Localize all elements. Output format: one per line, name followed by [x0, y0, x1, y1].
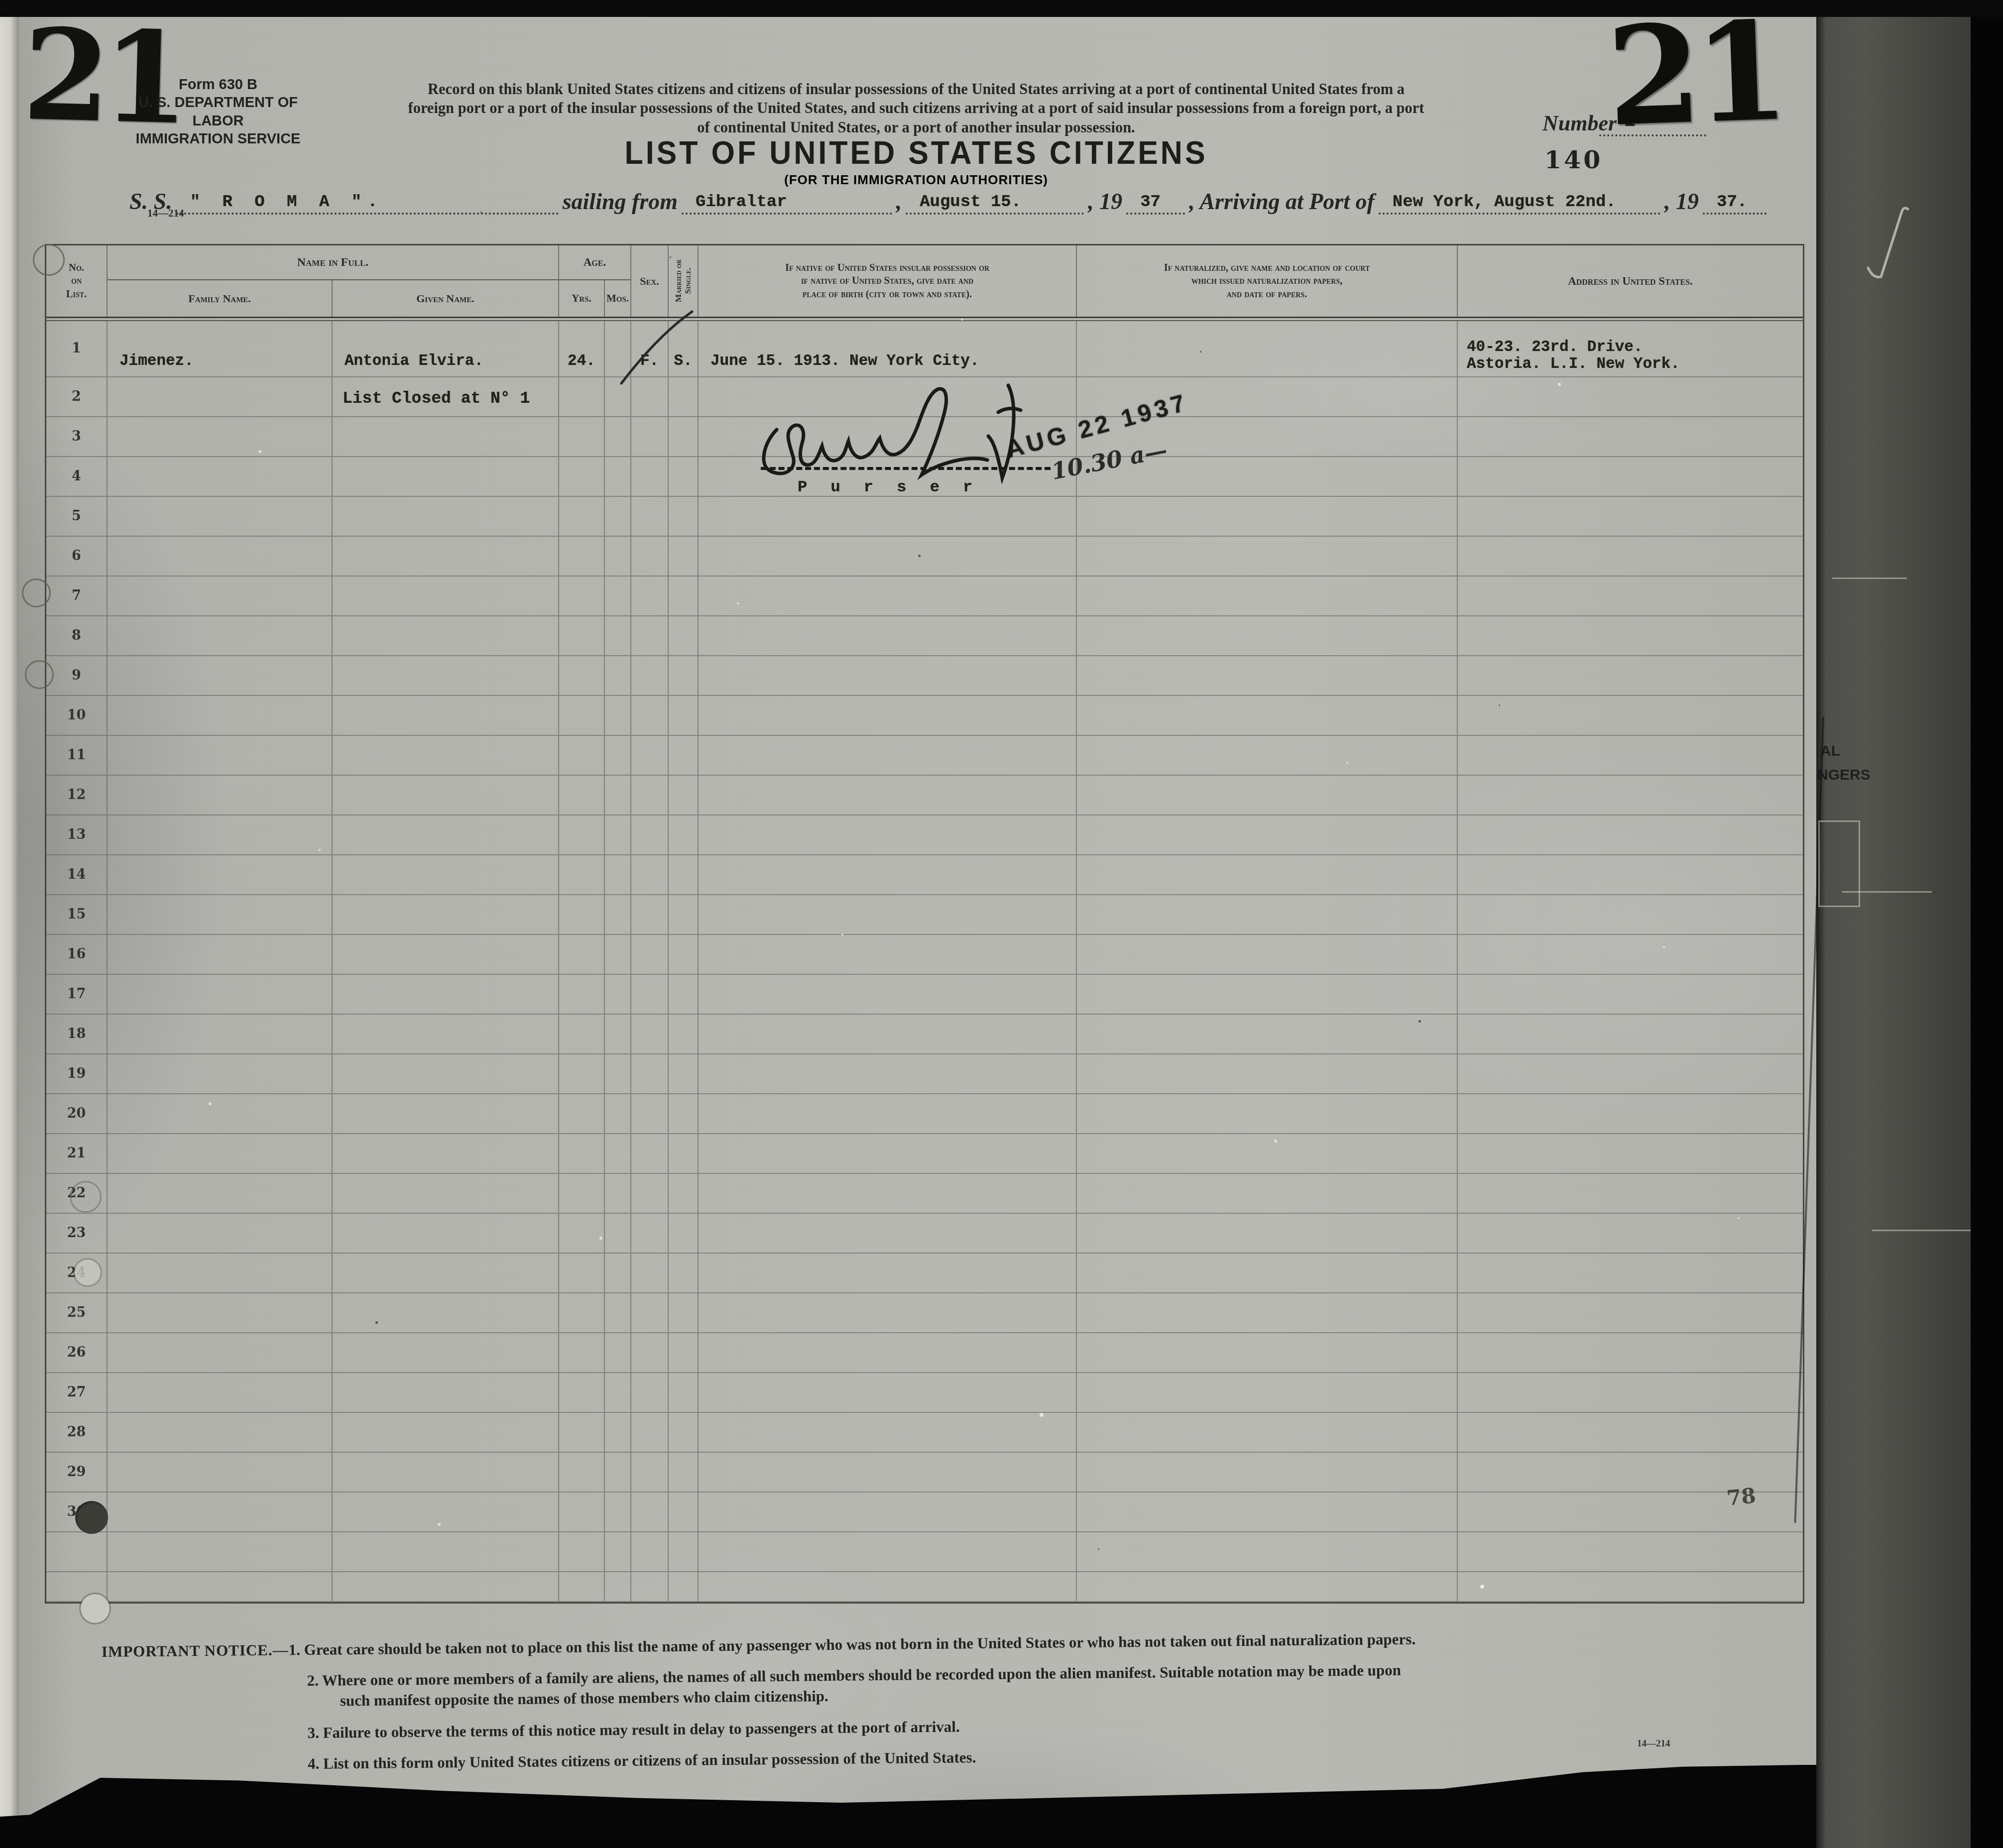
- sailing-year-field: 37: [1126, 193, 1185, 215]
- cell-no: 11: [46, 736, 108, 776]
- cell-sex: [631, 1572, 669, 1602]
- arrival-port-field: New York, August 22nd.: [1379, 193, 1660, 215]
- cell-family: [108, 417, 333, 457]
- cell-yrs: [559, 1532, 605, 1572]
- cell-nat: [1077, 1572, 1458, 1602]
- department-block: Form 630 B U. S. DEPARTMENT OF LABOR IMM…: [128, 76, 308, 148]
- cell-no: 13: [46, 815, 108, 855]
- cell-addr: [1458, 1094, 1803, 1134]
- cell-nat: [1077, 776, 1458, 815]
- cell-given: [333, 1134, 559, 1174]
- cell-mos: [605, 1254, 631, 1293]
- cell-yrs: [559, 1293, 605, 1333]
- sheet-number: 140: [1544, 145, 1603, 174]
- cell-given: [333, 1413, 559, 1453]
- cell-mos: [605, 616, 631, 656]
- cell-nat: [1077, 1333, 1458, 1373]
- cell-no: 10: [46, 696, 108, 736]
- cell-family: [108, 1413, 333, 1453]
- scanned-manifest-page: { "page": { "corner_number": "21", "form…: [0, 0, 2003, 1848]
- cell-nat: [1077, 1174, 1458, 1214]
- cell-birth: [699, 1134, 1077, 1174]
- cell-nat: [1077, 537, 1458, 577]
- cell-given: [333, 1453, 559, 1493]
- cell-birth: [699, 975, 1077, 1015]
- cell-sex: [631, 895, 669, 935]
- cell-sex: [631, 855, 669, 895]
- cell-addr: [1458, 616, 1803, 656]
- cell-ms: [669, 1174, 699, 1214]
- cell-yrs: 24.: [559, 321, 605, 377]
- pen-slash-mark: [617, 308, 702, 387]
- cell-ms: [669, 1293, 699, 1333]
- cell-mos: [605, 935, 631, 975]
- cell-birth: [699, 895, 1077, 935]
- cell-given: [333, 1094, 559, 1134]
- cell-family: [108, 736, 333, 776]
- ship-name-field: " R O M A ".: [176, 193, 559, 215]
- cell-no: 29: [46, 1453, 108, 1493]
- cell-nat: [1077, 1413, 1458, 1453]
- cell-addr: [1458, 1054, 1803, 1094]
- departure-port-field: Gibraltar: [682, 193, 892, 215]
- cell-yrs: [559, 1094, 605, 1134]
- cell-addr: [1458, 537, 1803, 577]
- header-age: Age.: [559, 245, 631, 280]
- cell-nat: [1077, 1532, 1458, 1572]
- cell-nat: [1077, 935, 1458, 975]
- cell-nat: [1077, 321, 1458, 377]
- scratch-mark: [1872, 1230, 1987, 1231]
- cell-birth: [699, 1174, 1077, 1214]
- departure-port: Gibraltar: [696, 193, 787, 212]
- header-address: Address in United States.: [1458, 245, 1803, 317]
- cell-sex: [631, 776, 669, 815]
- cell-birth: [699, 696, 1077, 736]
- cell-mos: [605, 497, 631, 537]
- cell-ms: [669, 1254, 699, 1293]
- cell-addr: [1458, 1134, 1803, 1174]
- comma: ,: [892, 188, 906, 215]
- cell-sex: [631, 1413, 669, 1453]
- cell-mos: [605, 1572, 631, 1602]
- punch-hole-dark: [75, 1501, 108, 1534]
- cell-no: 27: [46, 1373, 108, 1413]
- cell-ms: [669, 616, 699, 656]
- cell-given: [333, 1254, 559, 1293]
- cell-family: [108, 1493, 333, 1532]
- cell-no: 14: [46, 855, 108, 895]
- cell-sex: [631, 935, 669, 975]
- cell-ms: [669, 935, 699, 975]
- edge-text-fragment: AL: [1820, 743, 1840, 760]
- cell-family: [108, 616, 333, 656]
- cell-no: 20: [46, 1094, 108, 1134]
- cell-given: [333, 895, 559, 935]
- cell-yrs: [559, 417, 605, 457]
- cell-given: [333, 1532, 559, 1572]
- arrival-year: 37.: [1717, 193, 1747, 212]
- cell-sex: [631, 1054, 669, 1094]
- punch-hole-ring: [70, 1181, 102, 1213]
- cell-no: 9: [46, 656, 108, 696]
- cell-yrs: [559, 1572, 605, 1602]
- cell-family: [108, 895, 333, 935]
- cell-no: 23: [46, 1214, 108, 1254]
- cell-birth: [699, 776, 1077, 815]
- cell-no: 18: [46, 1015, 108, 1054]
- cell-ms: [669, 1453, 699, 1493]
- cell-ms: [669, 736, 699, 776]
- cell-no: 3: [46, 417, 108, 457]
- cell-ms: [669, 815, 699, 855]
- cell-addr: [1458, 417, 1803, 457]
- year-19-label: , 19: [1084, 188, 1126, 215]
- cell-birth: [699, 1293, 1077, 1333]
- cell-given: [333, 855, 559, 895]
- cell-ms: [669, 1333, 699, 1373]
- cell-nat: [1077, 616, 1458, 656]
- cell-mos: [605, 1094, 631, 1134]
- cell-family: [108, 1532, 333, 1572]
- voyage-line: S. S. " R O M A ". sailing from Gibralta…: [125, 188, 1767, 215]
- cell-mos: [605, 1333, 631, 1373]
- cell-mos: [605, 696, 631, 736]
- scan-background-right: [1971, 0, 2003, 1848]
- cell-mos: [605, 656, 631, 696]
- cell-given: [333, 975, 559, 1015]
- cell-nat: [1077, 1493, 1458, 1532]
- cell-yrs: [559, 855, 605, 895]
- cell-no: 26: [46, 1333, 108, 1373]
- cell-yrs: [559, 656, 605, 696]
- punch-hole-ring: [22, 578, 51, 607]
- cell-yrs: [559, 577, 605, 616]
- cell-family: [108, 377, 333, 417]
- cell-ms: [669, 1413, 699, 1453]
- cell-addr: [1458, 815, 1803, 855]
- cell-family: [108, 1572, 333, 1602]
- cell-birth: [699, 1453, 1077, 1493]
- cell-ms: [669, 696, 699, 736]
- cell-ms: [669, 1054, 699, 1094]
- check-mark-icon: [1862, 204, 1917, 289]
- table-header: No. on List. Name in Full. Age. Sex. Mar…: [46, 245, 1803, 317]
- cell-no: 1: [46, 321, 108, 377]
- cell-given: [333, 935, 559, 975]
- cell-family: [108, 776, 333, 815]
- cell-no: 28: [46, 1413, 108, 1453]
- cell-nat: [1077, 975, 1458, 1015]
- cell-ms: [669, 855, 699, 895]
- header-separator: [46, 317, 1803, 321]
- cell-birth: [699, 1493, 1077, 1532]
- cell-sex: [631, 1532, 669, 1572]
- cell-ms: [669, 776, 699, 815]
- cell-yrs: [559, 895, 605, 935]
- cell-ms: [669, 1134, 699, 1174]
- signature-line: [761, 467, 1051, 470]
- cell-mos: [605, 1134, 631, 1174]
- cell-mos: [605, 1493, 631, 1532]
- cell-no: 19: [46, 1054, 108, 1094]
- cell-no: 21: [46, 1134, 108, 1174]
- cell-no: 25: [46, 1293, 108, 1333]
- cell-yrs: [559, 975, 605, 1015]
- header-family-name: Family Name.: [108, 280, 333, 317]
- cell-birth: [699, 656, 1077, 696]
- cell-family: [108, 1333, 333, 1373]
- cell-yrs: [559, 776, 605, 815]
- cell-addr: [1458, 1254, 1803, 1293]
- cell-sex: [631, 616, 669, 656]
- cell-ms: [669, 1572, 699, 1602]
- page-number-stamp-right: 21: [1605, 4, 1784, 145]
- pencil-page-number: 78: [1726, 1483, 1757, 1510]
- cell-no: 17: [46, 975, 108, 1015]
- cell-nat: [1077, 1015, 1458, 1054]
- cell-family: [108, 1453, 333, 1493]
- cell-family: [108, 935, 333, 975]
- cell-sex: [631, 1174, 669, 1214]
- cell-family: Jimenez.: [108, 321, 333, 377]
- cell-addr: [1458, 855, 1803, 895]
- cell-given: [333, 417, 559, 457]
- header-birth: If native of United States insular posse…: [699, 245, 1077, 317]
- cell-given: [333, 457, 559, 497]
- cell-addr: [1458, 457, 1803, 497]
- cell-addr: [1458, 895, 1803, 935]
- cell-family: [108, 656, 333, 696]
- ss-label: S. S.: [125, 188, 176, 215]
- cell-birth: [699, 497, 1077, 537]
- cell-addr: [1458, 1413, 1803, 1453]
- cell-addr: [1458, 1373, 1803, 1413]
- cell-mos: [605, 815, 631, 855]
- cell-nat: [1077, 1293, 1458, 1333]
- cell-given: [333, 1373, 559, 1413]
- cell-given: [333, 1293, 559, 1333]
- cell-mos: [605, 855, 631, 895]
- cell-sex: [631, 577, 669, 616]
- cell-nat: [1077, 696, 1458, 736]
- notice-heading: IMPORTANT NOTICE.—: [102, 1641, 289, 1660]
- cell-nat: [1077, 1373, 1458, 1413]
- cell-mos: [605, 457, 631, 497]
- cell-yrs: [559, 1015, 605, 1054]
- cell-addr: [1458, 1532, 1803, 1572]
- cell-sex: [631, 1214, 669, 1254]
- cell-sex: [631, 696, 669, 736]
- cell-nat: [1077, 1094, 1458, 1134]
- header-name-in-full: Name in Full.: [108, 245, 559, 280]
- cell-yrs: [559, 1134, 605, 1174]
- punch-hole-ring: [25, 660, 54, 689]
- cell-mos: [605, 1174, 631, 1214]
- cell-birth: [699, 1214, 1077, 1254]
- cell-given: [333, 1333, 559, 1373]
- cell-sex: [631, 975, 669, 1015]
- cell-nat: [1077, 736, 1458, 776]
- cell-given: [333, 1572, 559, 1602]
- sailing-date-field: August 15.: [906, 193, 1084, 215]
- header-given-name: Given Name.: [333, 280, 559, 317]
- cell-family: [108, 1373, 333, 1413]
- cell-family: [108, 457, 333, 497]
- cell-mos: [605, 1293, 631, 1333]
- cell-birth: [699, 1015, 1077, 1054]
- form-number: Form 630 B: [128, 76, 308, 94]
- cell-addr: [1458, 1174, 1803, 1214]
- cell-no: 15: [46, 895, 108, 935]
- cell-family: [108, 1054, 333, 1094]
- cell-mos: [605, 537, 631, 577]
- cell-sex: [631, 656, 669, 696]
- cell-ms: [669, 1373, 699, 1413]
- cell-addr: [1458, 1572, 1803, 1602]
- cell-mos: [605, 736, 631, 776]
- cell-given: [333, 1015, 559, 1054]
- cell-family: [108, 1015, 333, 1054]
- cell-birth: [699, 1054, 1077, 1094]
- sailing-year: 37: [1140, 193, 1161, 212]
- cell-yrs: [559, 1413, 605, 1453]
- cell-sex: [631, 1333, 669, 1373]
- cell-no: 7: [46, 577, 108, 616]
- page-subtitle: (FOR THE IMMIGRATION AUTHORITIES): [329, 172, 1504, 188]
- cell-given: [333, 1214, 559, 1254]
- cell-yrs: [559, 457, 605, 497]
- punch-hole-light: [75, 1260, 101, 1285]
- cell-ms: [669, 1214, 699, 1254]
- cell-nat: [1077, 1214, 1458, 1254]
- cell-mos: [605, 1015, 631, 1054]
- cell-family: [108, 497, 333, 537]
- cell-sex: [631, 457, 669, 497]
- important-notice: IMPORTANT NOTICE.—1. Great care should b…: [102, 1626, 1756, 1776]
- cell-yrs: [559, 1054, 605, 1094]
- arrival-year-field: 37.: [1703, 193, 1767, 215]
- cell-given: [333, 537, 559, 577]
- cell-addr: 40-23. 23rd. Drive.Astoria. L.I. New Yor…: [1458, 321, 1803, 377]
- cell-no: 2: [46, 377, 108, 417]
- notice-line4: 3. Failure to observe the terms of this …: [307, 1709, 1755, 1743]
- cell-mos: [605, 1373, 631, 1413]
- cell-birth: [699, 1532, 1077, 1572]
- year-19-label2: , 19: [1660, 188, 1703, 215]
- cell-no: 6: [46, 537, 108, 577]
- cell-yrs: [559, 1254, 605, 1293]
- number-label: Number: [1542, 111, 1617, 136]
- cell-birth: [699, 815, 1077, 855]
- cell-addr: [1458, 1015, 1803, 1054]
- cell-yrs: [559, 1373, 605, 1413]
- header-naturalized: If naturalized, give name and location o…: [1077, 245, 1458, 317]
- cell-sex: [631, 1373, 669, 1413]
- cell-given: [333, 696, 559, 736]
- cell-birth: [699, 1572, 1077, 1602]
- torn-left-edge: [0, 17, 19, 1829]
- cell-addr: [1458, 1214, 1803, 1254]
- sailing-date: August 15.: [920, 193, 1021, 212]
- scratch-mark: [1842, 891, 1932, 893]
- cell-family: [108, 1174, 333, 1214]
- cell-yrs: [559, 616, 605, 656]
- cell-yrs: [559, 1333, 605, 1373]
- cell-no: 8: [46, 616, 108, 656]
- cell-no: 16: [46, 935, 108, 975]
- cell-nat: [1077, 577, 1458, 616]
- cell-ms: [669, 577, 699, 616]
- cell-nat: [1077, 1254, 1458, 1293]
- cell-given: Antonia Elvira.: [333, 321, 559, 377]
- sailing-from-label: sailing from: [559, 188, 682, 215]
- cell-yrs: [559, 935, 605, 975]
- cell-mos: [605, 417, 631, 457]
- cell-sex: [631, 1493, 669, 1532]
- arriving-label: , Arriving at Port of: [1185, 188, 1379, 215]
- cell-addr: [1458, 696, 1803, 736]
- cell-addr: [1458, 377, 1803, 417]
- cell-family: [108, 1293, 333, 1333]
- cell-addr: [1458, 497, 1803, 537]
- cell-birth: [699, 616, 1077, 656]
- cell-given: [333, 616, 559, 656]
- cell-ms: [669, 537, 699, 577]
- cell-family: [108, 855, 333, 895]
- cell-birth: June 15. 1913. New York City.: [699, 321, 1077, 377]
- ship-name: " R O M A ".: [190, 193, 384, 212]
- cell-addr: [1458, 656, 1803, 696]
- edge-stamp-fragment-box: [1818, 820, 1860, 907]
- cell-no: 4: [46, 457, 108, 497]
- cell-given: [333, 577, 559, 616]
- cell-nat: [1077, 1453, 1458, 1493]
- punch-hole-light: [81, 1594, 110, 1623]
- cell-yrs: [559, 537, 605, 577]
- instructions-paragraph: Record on this blank United States citiz…: [329, 80, 1504, 137]
- cell-sex: [631, 1453, 669, 1493]
- cell-nat: [1077, 855, 1458, 895]
- cell-sex: [631, 537, 669, 577]
- cell-mos: [605, 1532, 631, 1572]
- cell-family: [108, 537, 333, 577]
- cell-ms: [669, 656, 699, 696]
- cell-birth: [699, 577, 1077, 616]
- cell-nat: [1077, 497, 1458, 537]
- cell-no: 5: [46, 497, 108, 537]
- cell-yrs: [559, 1214, 605, 1254]
- header-yrs: Yrs.: [559, 280, 605, 317]
- cell-nat: [1077, 1134, 1458, 1174]
- cell-family: [108, 577, 333, 616]
- cell-given: [333, 776, 559, 815]
- cell-sex: [631, 1094, 669, 1134]
- cell-no: 12: [46, 776, 108, 815]
- cell-addr: [1458, 1333, 1803, 1373]
- cell-sex: [631, 1134, 669, 1174]
- cell-yrs: [559, 377, 605, 417]
- cell-yrs: [559, 1493, 605, 1532]
- cell-given: [333, 497, 559, 537]
- cell-mos: [605, 1413, 631, 1453]
- cell-family: [108, 696, 333, 736]
- cell-family: [108, 975, 333, 1015]
- cell-birth: [699, 1413, 1077, 1453]
- cell-given: [333, 1174, 559, 1214]
- table-body: 1Jimenez.Antonia Elvira.24.F.S.June 15. …: [46, 321, 1803, 1602]
- cell-sex: [631, 815, 669, 855]
